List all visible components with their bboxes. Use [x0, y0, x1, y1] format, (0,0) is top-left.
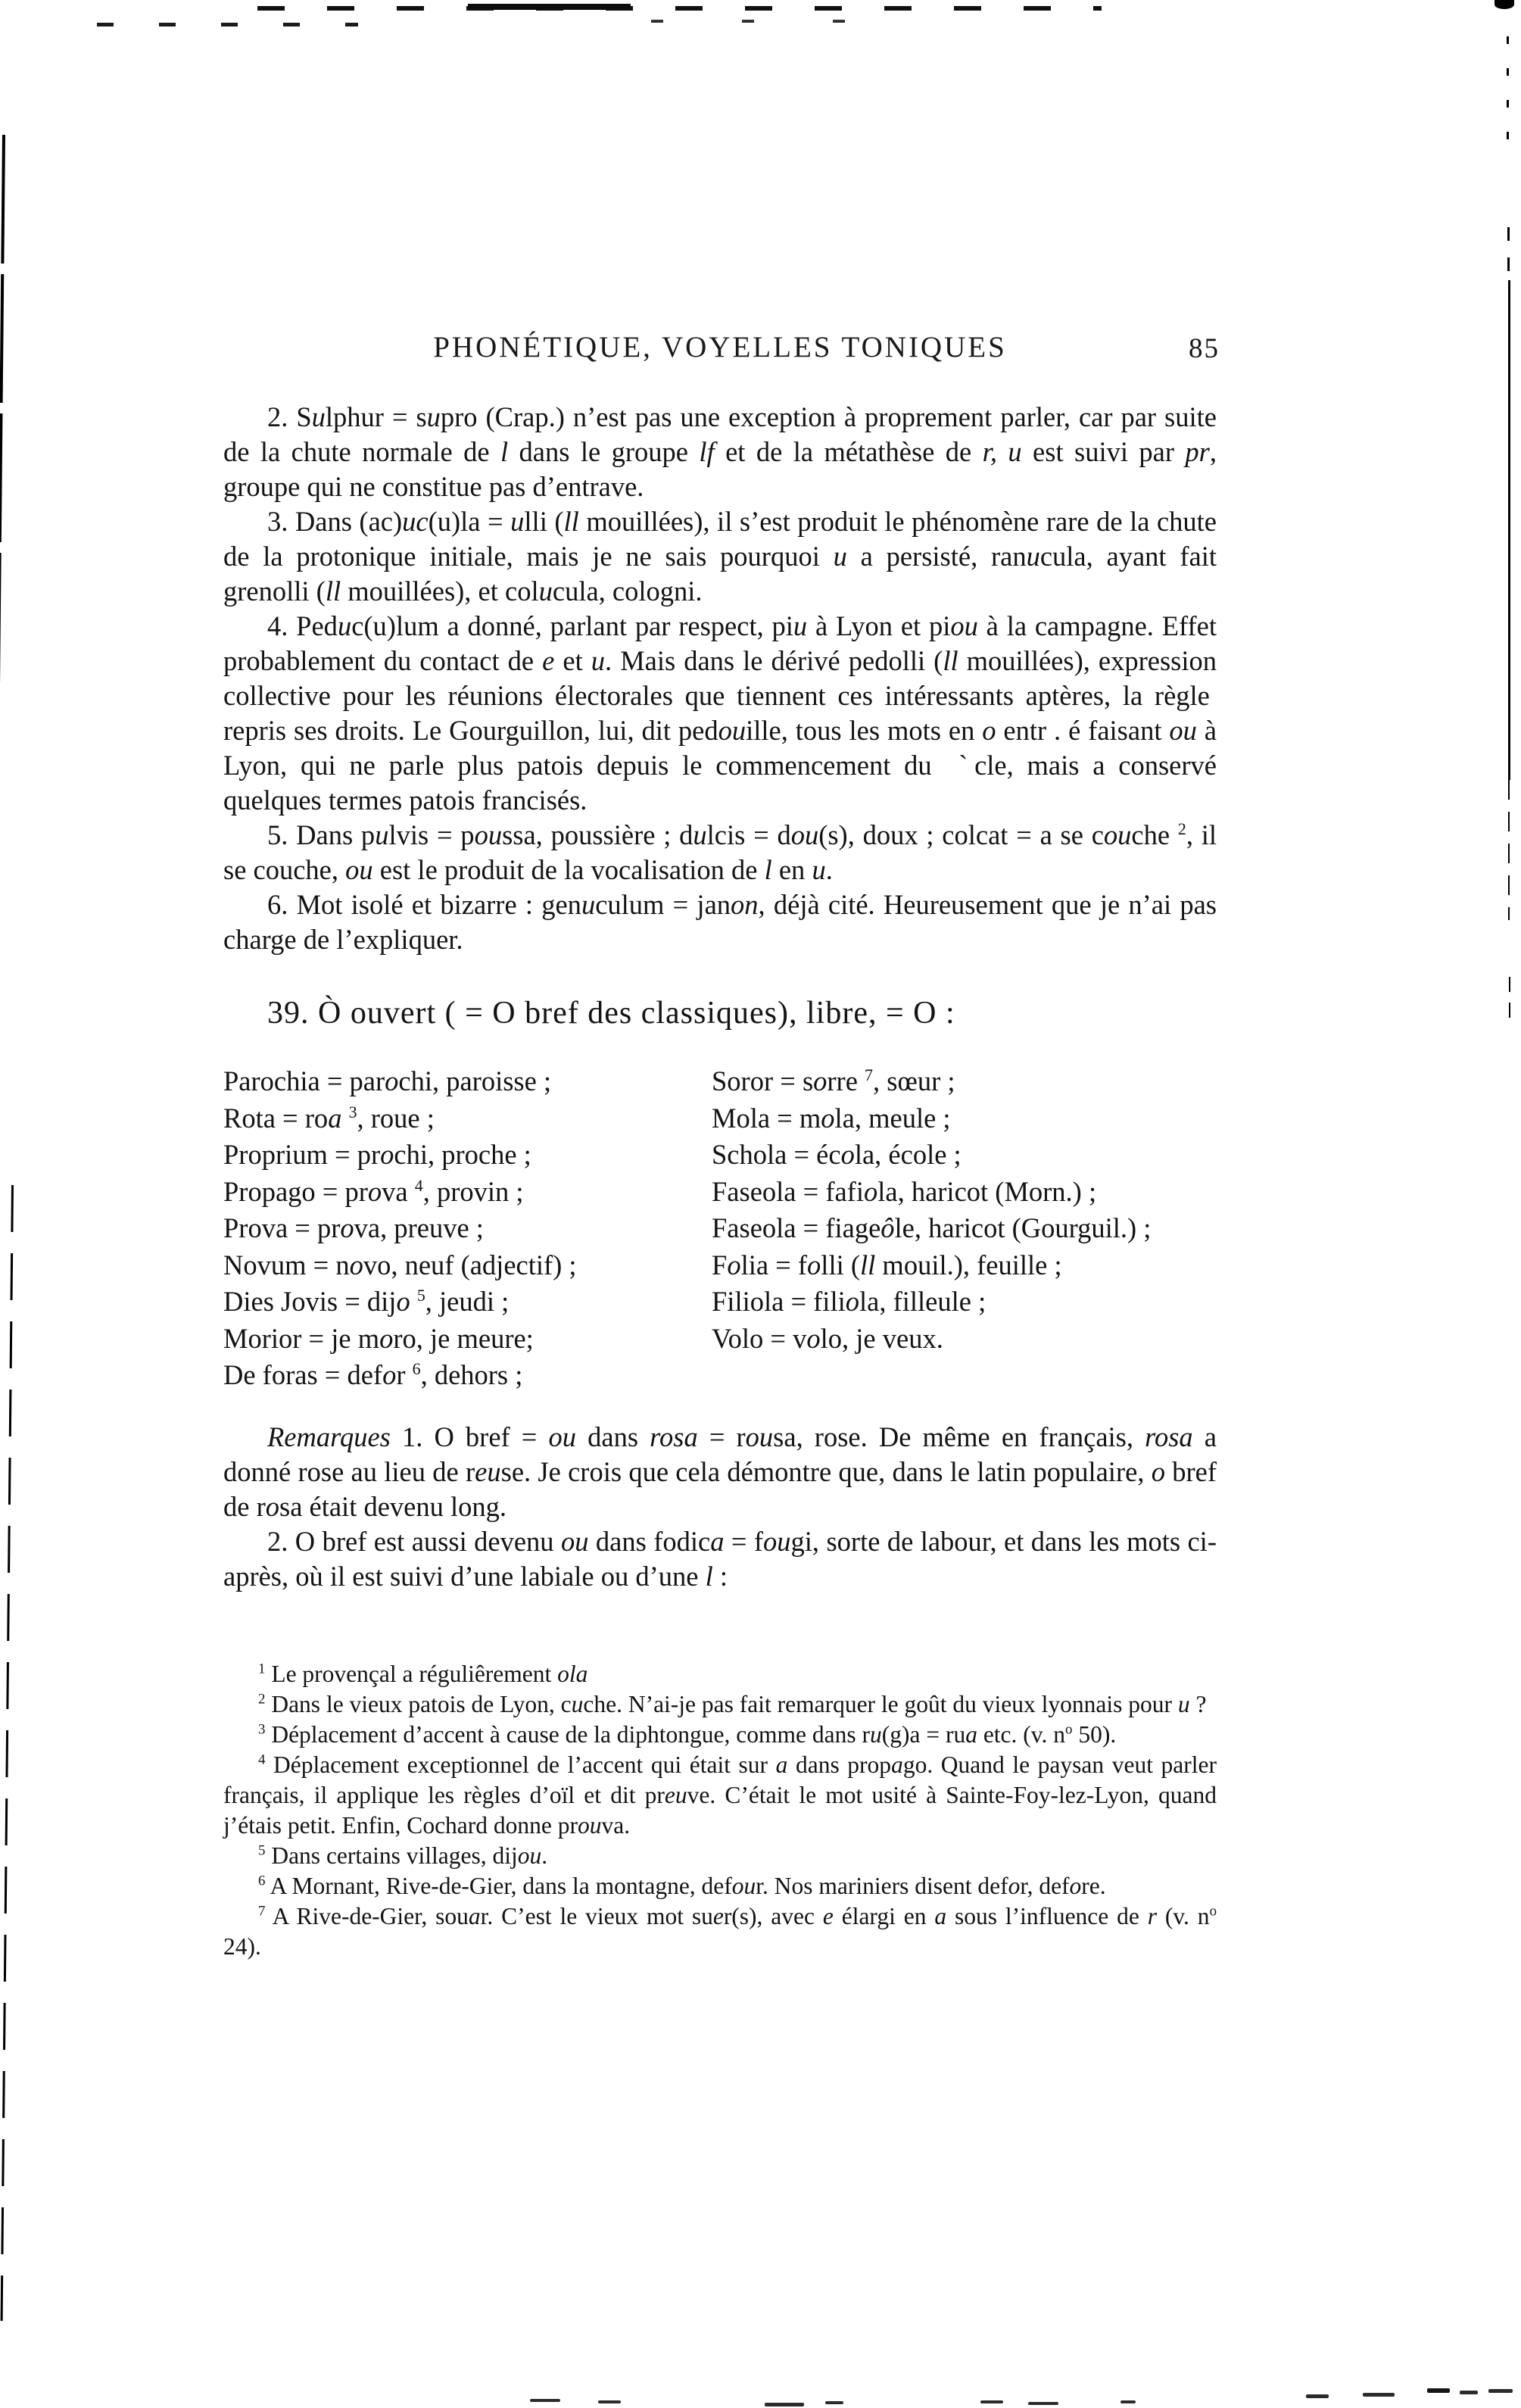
word-list-item: Schola = écola, école ; — [712, 1137, 1217, 1174]
word-list-item: Dies Jovis = dijo 5, jeudi ; — [223, 1284, 712, 1321]
paragraph-4: 4. Peduc(u)lum a donné, parlant par resp… — [223, 609, 1217, 818]
word-list: Parochia = parochi, paroisse ; Rota = ro… — [223, 1063, 1217, 1394]
word-list-item: Mola = mola, meule ; — [712, 1100, 1217, 1137]
scan-artifact-bottom-speck — [598, 2400, 621, 2403]
word-list-item: Soror = sorre 7, sœur ; — [712, 1063, 1217, 1100]
scan-artifact-gutter-line-upper — [0, 135, 5, 1187]
word-list-item: Volo = volo, je veux. — [712, 1321, 1217, 1358]
footnote-1: 1 Le provençal a réguliêrement ola — [223, 1659, 1217, 1689]
paragraph-3: 3. Dans (ac)uc(u)la = ulli (ll mouillées… — [223, 504, 1217, 609]
word-list-right-column: Soror = sorre 7, sœur ; Mola = mola, meu… — [712, 1063, 1217, 1394]
word-list-item: Propago = prova 4, provin ; — [223, 1174, 712, 1211]
footnote-7: 7 A Rive-de-Gier, souar. C’est le vieux … — [223, 1901, 1217, 1962]
page-header: PHONÉTIQUE, VOYELLES TONIQUES 85 — [223, 330, 1217, 374]
word-list-item: Proprium = prochi, proche ; — [223, 1137, 712, 1174]
word-list-item: Novum = novo, neuf (adjectif) ; — [223, 1247, 712, 1284]
scan-artifact-bottom-speck — [1488, 2389, 1513, 2393]
word-list-item: Prova = prova, preuve ; — [223, 1210, 712, 1247]
page-number: 85 — [1189, 332, 1220, 365]
word-list-item: Faseola = fiageôle, haricot (Gourguil.) … — [712, 1210, 1217, 1247]
scan-artifact-right-edge-1 — [1507, 36, 1509, 161]
word-list-item: Rota = roa 3, roue ; — [223, 1100, 712, 1137]
scan-artifact-bottom-speck — [980, 2400, 1003, 2403]
word-list-item: Filiola = filiola, filleule ; — [712, 1284, 1217, 1321]
scan-artifact-right-edge-5 — [1509, 977, 1510, 1024]
page-content: PHONÉTIQUE, VOYELLES TONIQUES 85 2. Sulp… — [223, 330, 1217, 1962]
word-list-left-column: Parochia = parochi, paroisse ; Rota = ro… — [223, 1063, 712, 1394]
scan-artifact-right-edge-3 — [1508, 280, 1510, 780]
paragraph-6: 6. Mot isolé et bizarre : genuculum = ja… — [223, 887, 1217, 957]
scanned-book-page: PHONÉTIQUE, VOYELLES TONIQUES 85 2. Sulp… — [0, 0, 1521, 2408]
footnote-2: 2 Dans le vieux patois de Lyon, cuche. N… — [223, 1689, 1217, 1720]
scan-artifact-top-dashes — [257, 6, 1102, 11]
scan-artifact-corner-blob — [1495, 0, 1514, 9]
scan-artifact-bottom-speck — [825, 2401, 843, 2404]
scan-artifact-top-heavy-dash — [468, 4, 631, 10]
word-list-item: Morior = je moro, je meure; — [223, 1321, 712, 1358]
scan-artifact-top-dashes-mid — [651, 20, 878, 23]
footnote-6: 6 A Mornant, Rive-de-Gier, dans la monta… — [223, 1871, 1217, 1901]
paragraph-2: 2. Sulphur = supro (Crap.) n’est pas une… — [223, 400, 1217, 504]
scan-artifact-right-edge-4 — [1508, 780, 1510, 920]
scan-artifact-bottom-speck — [1460, 2391, 1478, 2394]
remark-2: 2. O bref est aussi devenu ou dans fodic… — [223, 1524, 1217, 1594]
scan-artifact-bottom-speck — [1028, 2402, 1058, 2405]
footnote-4: 4 Déplacement exceptionnel de l’accent q… — [223, 1750, 1217, 1841]
footnote-3: 3 Déplacement d’accent à cause de la dip… — [223, 1720, 1217, 1750]
word-list-item: Parochia = parochi, paroisse ; — [223, 1063, 712, 1100]
scan-artifact-bottom-speck — [1427, 2388, 1450, 2393]
scan-artifact-bottom-speck — [1120, 2400, 1136, 2403]
scan-artifact-bottom-speck — [765, 2403, 804, 2406]
footnotes: 1 Le provençal a réguliêrement ola 2 Dan… — [223, 1659, 1217, 1962]
scan-artifact-bottom-speck — [1363, 2393, 1395, 2397]
scan-artifact-gutter-line-lower — [1, 1185, 14, 2321]
scan-artifact-right-edge-2 — [1507, 227, 1510, 282]
scan-artifact-bottom-speck — [1306, 2394, 1329, 2398]
section-39-heading: 39. Ò ouvert ( = O bref des classiques),… — [223, 995, 1217, 1031]
scan-artifact-top-dashes-left — [97, 23, 358, 27]
word-list-item: Faseola = fafiola, haricot (Morn.) ; — [712, 1174, 1217, 1211]
scan-artifact-bottom-speck — [530, 2399, 560, 2402]
footnote-5: 5 Dans certains villages, dijou. — [223, 1841, 1217, 1871]
word-list-item: De foras = defor 6, dehors ; — [223, 1357, 712, 1394]
running-title: PHONÉTIQUE, VOYELLES TONIQUES — [223, 330, 1217, 364]
paragraph-5: 5. Dans pulvis = poussa, poussière ; dul… — [223, 818, 1217, 887]
word-list-item: Folia = folli (ll mouil.), feuille ; — [712, 1247, 1217, 1284]
remark-1: Remarques 1. O bref = ou dans rosa = rou… — [223, 1420, 1217, 1524]
